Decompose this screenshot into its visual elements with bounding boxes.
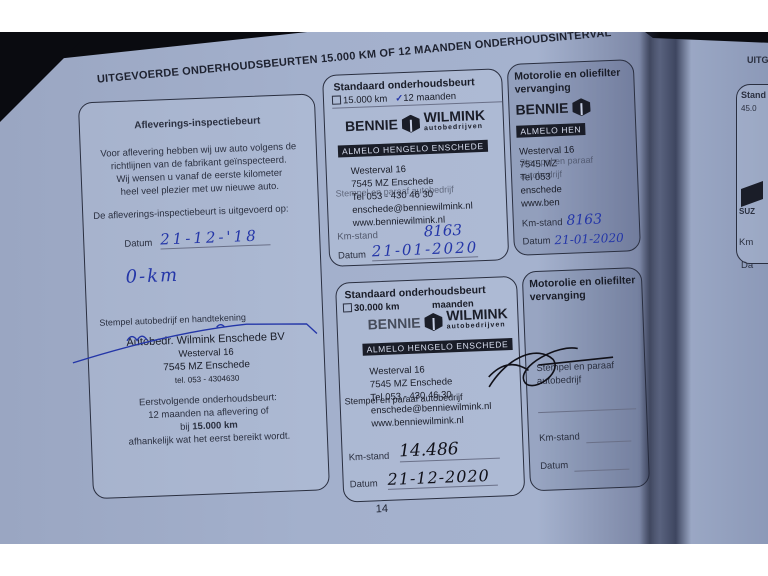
dealer-logo: BENNIE bbox=[515, 96, 635, 119]
next-service-km: 15.000 km bbox=[192, 420, 238, 433]
right-km-label: Km bbox=[739, 236, 768, 249]
km-checkbox bbox=[343, 303, 352, 312]
delivery-date-value: 21-12-'18 bbox=[160, 226, 271, 249]
page-number: 14 bbox=[376, 503, 389, 515]
right-brand: SUZ bbox=[739, 205, 768, 218]
wilmink-cube-icon bbox=[572, 98, 591, 117]
performed-on-label: De afleverings-inspectiebeurt is uitgevo… bbox=[93, 201, 318, 223]
stamp-band: ALMELO HEN bbox=[516, 123, 585, 138]
service-box-title: Motorolie en oliefilter vervanging bbox=[514, 66, 634, 97]
stamp-band: ALMELO HENGELO ENSCHEDE bbox=[362, 338, 512, 356]
stamp-label: Stempel autobedrijf en handtekening bbox=[99, 308, 322, 330]
km-row: Km-stand 8163 bbox=[522, 211, 603, 230]
date-value: 21-12-2020 bbox=[387, 466, 498, 490]
brand-left: BENNIE bbox=[345, 116, 398, 134]
date-row: Datum 21-01-2020 bbox=[522, 231, 624, 249]
service-box-2: Motorolie en oliefilter vervanging BENNI… bbox=[507, 59, 641, 256]
right-option: 45.0 bbox=[741, 102, 768, 115]
stamp-label: Stempel en paraaf autobedrijf bbox=[519, 153, 620, 183]
delivery-date-row: Datum 21-12-'18 bbox=[124, 224, 320, 250]
delivery-inspection-box: Afleverings-inspectiebeurt Voor afleveri… bbox=[78, 93, 330, 499]
km-label: Km-stand bbox=[539, 430, 580, 445]
right-date-label: Da bbox=[741, 259, 768, 272]
wilmink-cube-icon bbox=[424, 313, 443, 332]
maintenance-page: UITGEVOERDE ONDERHOUDSBEURTEN 15.000 KM … bbox=[46, 32, 650, 544]
brand-left: BENNIE bbox=[367, 315, 420, 333]
km-value bbox=[586, 431, 631, 444]
date-row: Datum bbox=[540, 457, 629, 473]
option-months: 12 maanden bbox=[403, 91, 456, 104]
option-km: 30.000 km bbox=[354, 301, 400, 314]
km-value: 8163 bbox=[423, 221, 462, 240]
dealer-logo: BENNIE WILMINKautobedrijven bbox=[345, 108, 504, 138]
date-row: Datum 21-12-2020 bbox=[349, 466, 498, 492]
date-label: Datum bbox=[540, 459, 568, 473]
km-row: Km-stand 14.486 bbox=[348, 438, 499, 465]
brand-left: BENNIE bbox=[515, 100, 568, 118]
service-box-title: Motorolie en oliefilter vervanging bbox=[529, 274, 642, 304]
km-row: Km-stand bbox=[539, 429, 631, 446]
right-header-fragment: UITG bbox=[747, 54, 768, 67]
next-service-line: bij bbox=[180, 421, 190, 432]
km-label: Km-stand bbox=[348, 450, 389, 465]
right-page-fragment: UITG Stand 45.0 SUZ Km Da bbox=[662, 32, 768, 544]
date-label: Datum bbox=[522, 234, 550, 248]
km-value: 8163 bbox=[566, 211, 602, 228]
delivery-inspection-title: Afleverings-inspectiebeurt bbox=[80, 112, 315, 134]
right-box-title: Stand bbox=[741, 89, 768, 102]
service-box-3: Standaard onderhoudsbeurt 30.000 km maan… bbox=[335, 276, 525, 503]
stamp-label: Stempel en paraaf autobedrijf bbox=[536, 358, 632, 388]
booklet-photo: UITGEVOERDE ONDERHOUDSBEURTEN 15.000 KM … bbox=[0, 32, 768, 544]
delivery-km-handwritten: 0-km bbox=[125, 259, 321, 287]
date-value: 21-01-2020 bbox=[554, 231, 624, 248]
date-label: Datum bbox=[338, 249, 366, 263]
stamp-band: ALMELO HENGELO ENSCHEDE bbox=[338, 140, 488, 158]
stamp-line bbox=[538, 408, 636, 413]
suzuki-logo-icon bbox=[741, 181, 763, 207]
date-value: 21-01-2020 bbox=[371, 238, 478, 261]
next-service-info: Eerstvolgende onderhoudsbeurt: 12 maande… bbox=[90, 389, 327, 450]
km-value: 14.486 bbox=[399, 438, 500, 463]
dealer-stamp: Autobedr. Wilmink Enschede BV Westerval … bbox=[88, 329, 325, 390]
book-spine bbox=[640, 32, 660, 544]
date-label: Datum bbox=[350, 477, 378, 491]
brand-sub: autobedrijven bbox=[424, 121, 486, 135]
date-label: Datum bbox=[124, 237, 152, 251]
delivery-intro: Voor aflevering hebben wij uw auto volge… bbox=[81, 139, 318, 200]
date-row: Datum 21-01-2020 bbox=[338, 238, 479, 262]
option-km: 15.000 km bbox=[343, 94, 388, 107]
right-service-box: Stand 45.0 SUZ Km Da bbox=[736, 84, 768, 264]
service-box-4: Motorolie en oliefilter vervanging Stemp… bbox=[522, 267, 650, 491]
date-value bbox=[574, 459, 629, 472]
km-checkbox bbox=[332, 95, 341, 104]
wilmink-cube-icon bbox=[402, 114, 421, 133]
km-label: Km-stand bbox=[522, 216, 563, 231]
service-box-1: Standaard onderhoudsbeurt 15.000 km ✓12 … bbox=[322, 68, 509, 267]
brand-sub: autobedrijven bbox=[446, 319, 508, 333]
